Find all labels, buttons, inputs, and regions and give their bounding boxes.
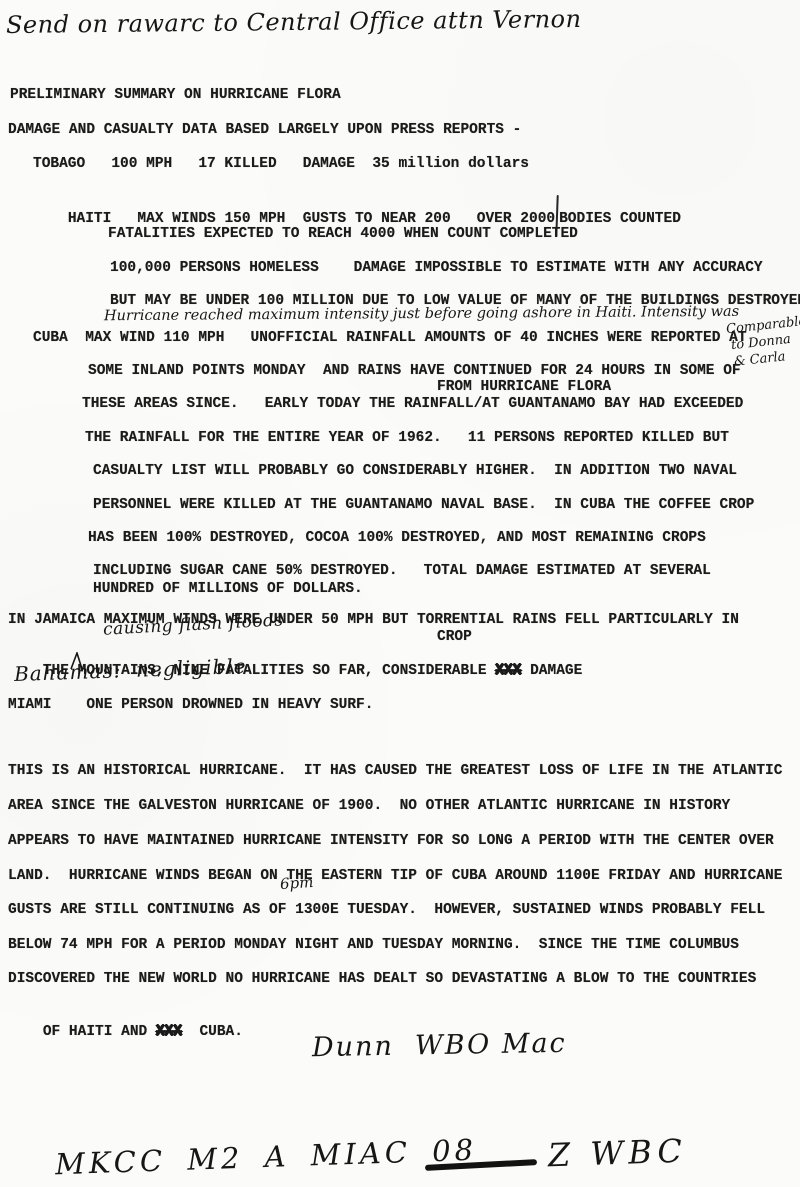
- handwritten-routing-left: MKCC M2 A MIAC 08: [55, 1133, 478, 1182]
- handwritten-time-note: 6pm: [279, 873, 314, 893]
- typed-line-haiti-3: 100,000 PERSONS HOMELESS DAMAGE IMPOSSIB…: [110, 259, 763, 277]
- typed-paragraph-line-1: THIS IS AN HISTORICAL HURRICANE. IT HAS …: [8, 762, 782, 780]
- typed-paragraph-line-3: APPEARS TO HAVE MAINTAINED HURRICANE INT…: [8, 832, 774, 850]
- handwritten-top-note: Send on rawarc to Central Office attn Ve…: [6, 5, 582, 39]
- document-subtitle: DAMAGE AND CASUALTY DATA BASED LARGELY U…: [8, 121, 521, 139]
- typed-line-cuba-2: SOME INLAND POINTS MONDAY AND RAINS HAVE…: [88, 362, 741, 380]
- typed-line-haiti-2: FATALITIES EXPECTED TO REACH 4000 WHEN C…: [108, 225, 578, 243]
- handwritten-signature: Dunn WBO Mac: [312, 1028, 567, 1063]
- jamaica-line-post: DAMAGE: [521, 663, 582, 679]
- typed-line-final: OF HAITI AND XXX CUBA.: [8, 1005, 243, 1059]
- typed-line-miami: MIAMI ONE PERSON DROWNED IN HEAVY SURF.: [8, 696, 373, 714]
- typed-line-tobago: TOBAGO 100 MPH 17 KILLED DAMAGE 35 milli…: [33, 155, 529, 173]
- document-title: PRELIMINARY SUMMARY ON HURRICANE FLORA: [10, 86, 341, 104]
- typed-line-cuba-3: THESE AREAS SINCE. EARLY TODAY THE RAINF…: [82, 395, 743, 413]
- typed-insert-from-flora: FROM HURRICANE FLORA: [437, 378, 611, 396]
- insertion-caret-mark: [70, 652, 84, 670]
- handwritten-routing-right: Z WBC: [547, 1132, 687, 1175]
- handwritten-interline-note: Hurricane reached maximum intensity just…: [104, 304, 739, 324]
- typed-paragraph-line-6: BELOW 74 MPH FOR A PERIOD MONDAY NIGHT A…: [8, 936, 739, 954]
- typed-paragraph-line-5: GUSTS ARE STILL CONTINUING AS OF 1300E T…: [8, 901, 765, 919]
- obliterated-word: XXX: [495, 663, 521, 679]
- typed-line-cuba-8: INCLUDING SUGAR CANE 50% DESTROYED. TOTA…: [93, 562, 711, 580]
- typed-paragraph-line-4: LAND. HURRICANE WINDS BEGAN ON THE EASTE…: [8, 867, 782, 885]
- scanned-document-page: Send on rawarc to Central Office attn Ve…: [0, 0, 800, 1187]
- typed-line-cuba-9: HUNDRED OF MILLIONS OF DOLLARS.: [93, 580, 363, 598]
- typed-line-cuba-6: PERSONNEL WERE KILLED AT THE GUANTANAMO …: [93, 496, 754, 514]
- typed-line-cuba-7: HAS BEEN 100% DESTROYED, COCOA 100% DEST…: [88, 529, 706, 547]
- typed-paragraph-line-2: AREA SINCE THE GALVESTON HURRICANE OF 19…: [8, 797, 730, 815]
- typed-paragraph-line-7: DISCOVERED THE NEW WORLD NO HURRICANE HA…: [8, 970, 756, 988]
- final-line-pre: OF HAITI AND: [43, 1024, 156, 1040]
- handwritten-margin-note-line3: & Carla: [733, 349, 786, 369]
- obliterated-word-2: XXX: [156, 1024, 182, 1040]
- typed-line-cuba-5: CASUALTY LIST WILL PROBABLY GO CONSIDERA…: [93, 462, 737, 480]
- typed-line-cuba-4: THE RAINFALL FOR THE ENTIRE YEAR OF 1962…: [85, 429, 729, 447]
- typed-line-cuba-1: CUBA MAX WIND 110 MPH UNOFFICIAL RAINFAL…: [33, 329, 747, 347]
- final-line-post: CUBA.: [182, 1024, 243, 1040]
